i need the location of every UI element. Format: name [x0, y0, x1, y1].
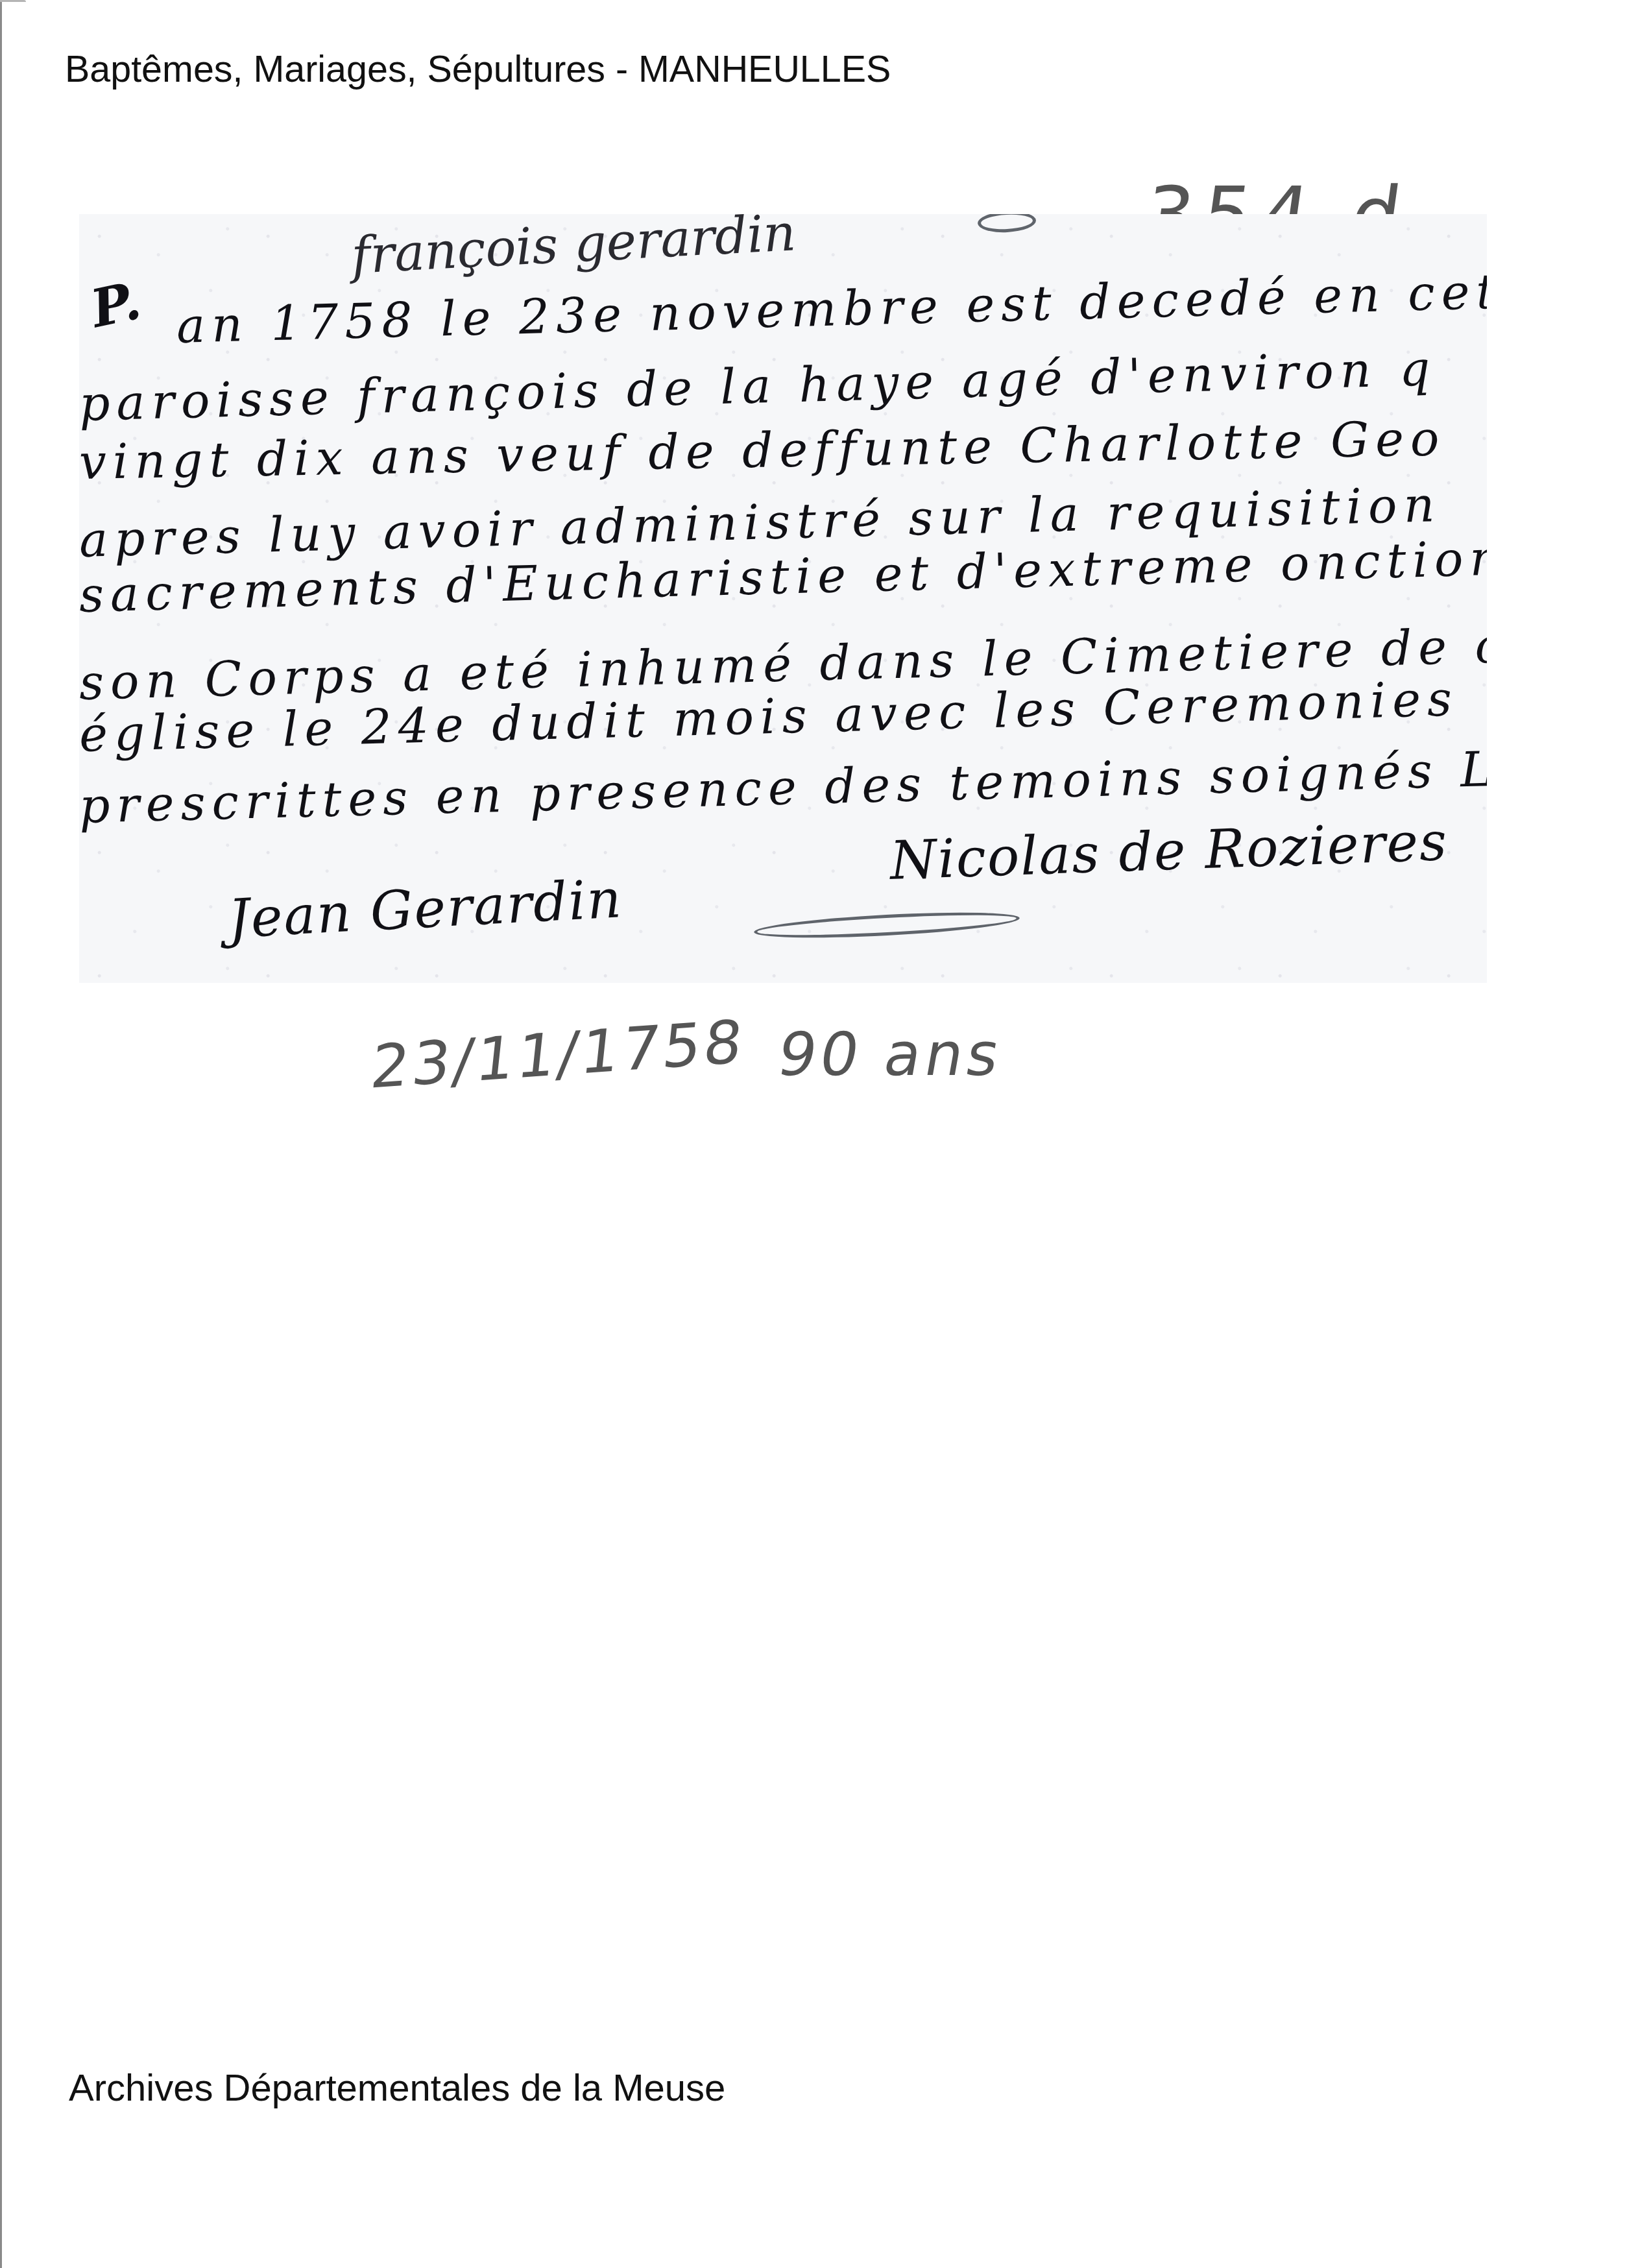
heading-flourish [977, 214, 1037, 234]
archive-source: Archives Départementales de la Meuse [69, 2066, 725, 2111]
page-corner [0, 0, 26, 2]
document-title: Baptêmes, Mariages, Sépultures - MANHEUL… [65, 47, 891, 92]
page-left-edge [0, 0, 2, 2268]
scanned-register-entry: françois gerardin P. an 1758 le 23e nove… [79, 214, 1487, 983]
age-annotation: 90 ans [773, 1020, 1009, 1089]
signature-witness: Jean Gerardin [227, 868, 624, 950]
margin-mark: P. [86, 269, 146, 339]
record-heading: françois gerardin [350, 214, 797, 285]
signature-flourish [753, 908, 1020, 942]
date-annotation: 23/11/1758 [368, 1007, 749, 1102]
signature-priest: Nicolas de Rozieres [889, 811, 1449, 892]
